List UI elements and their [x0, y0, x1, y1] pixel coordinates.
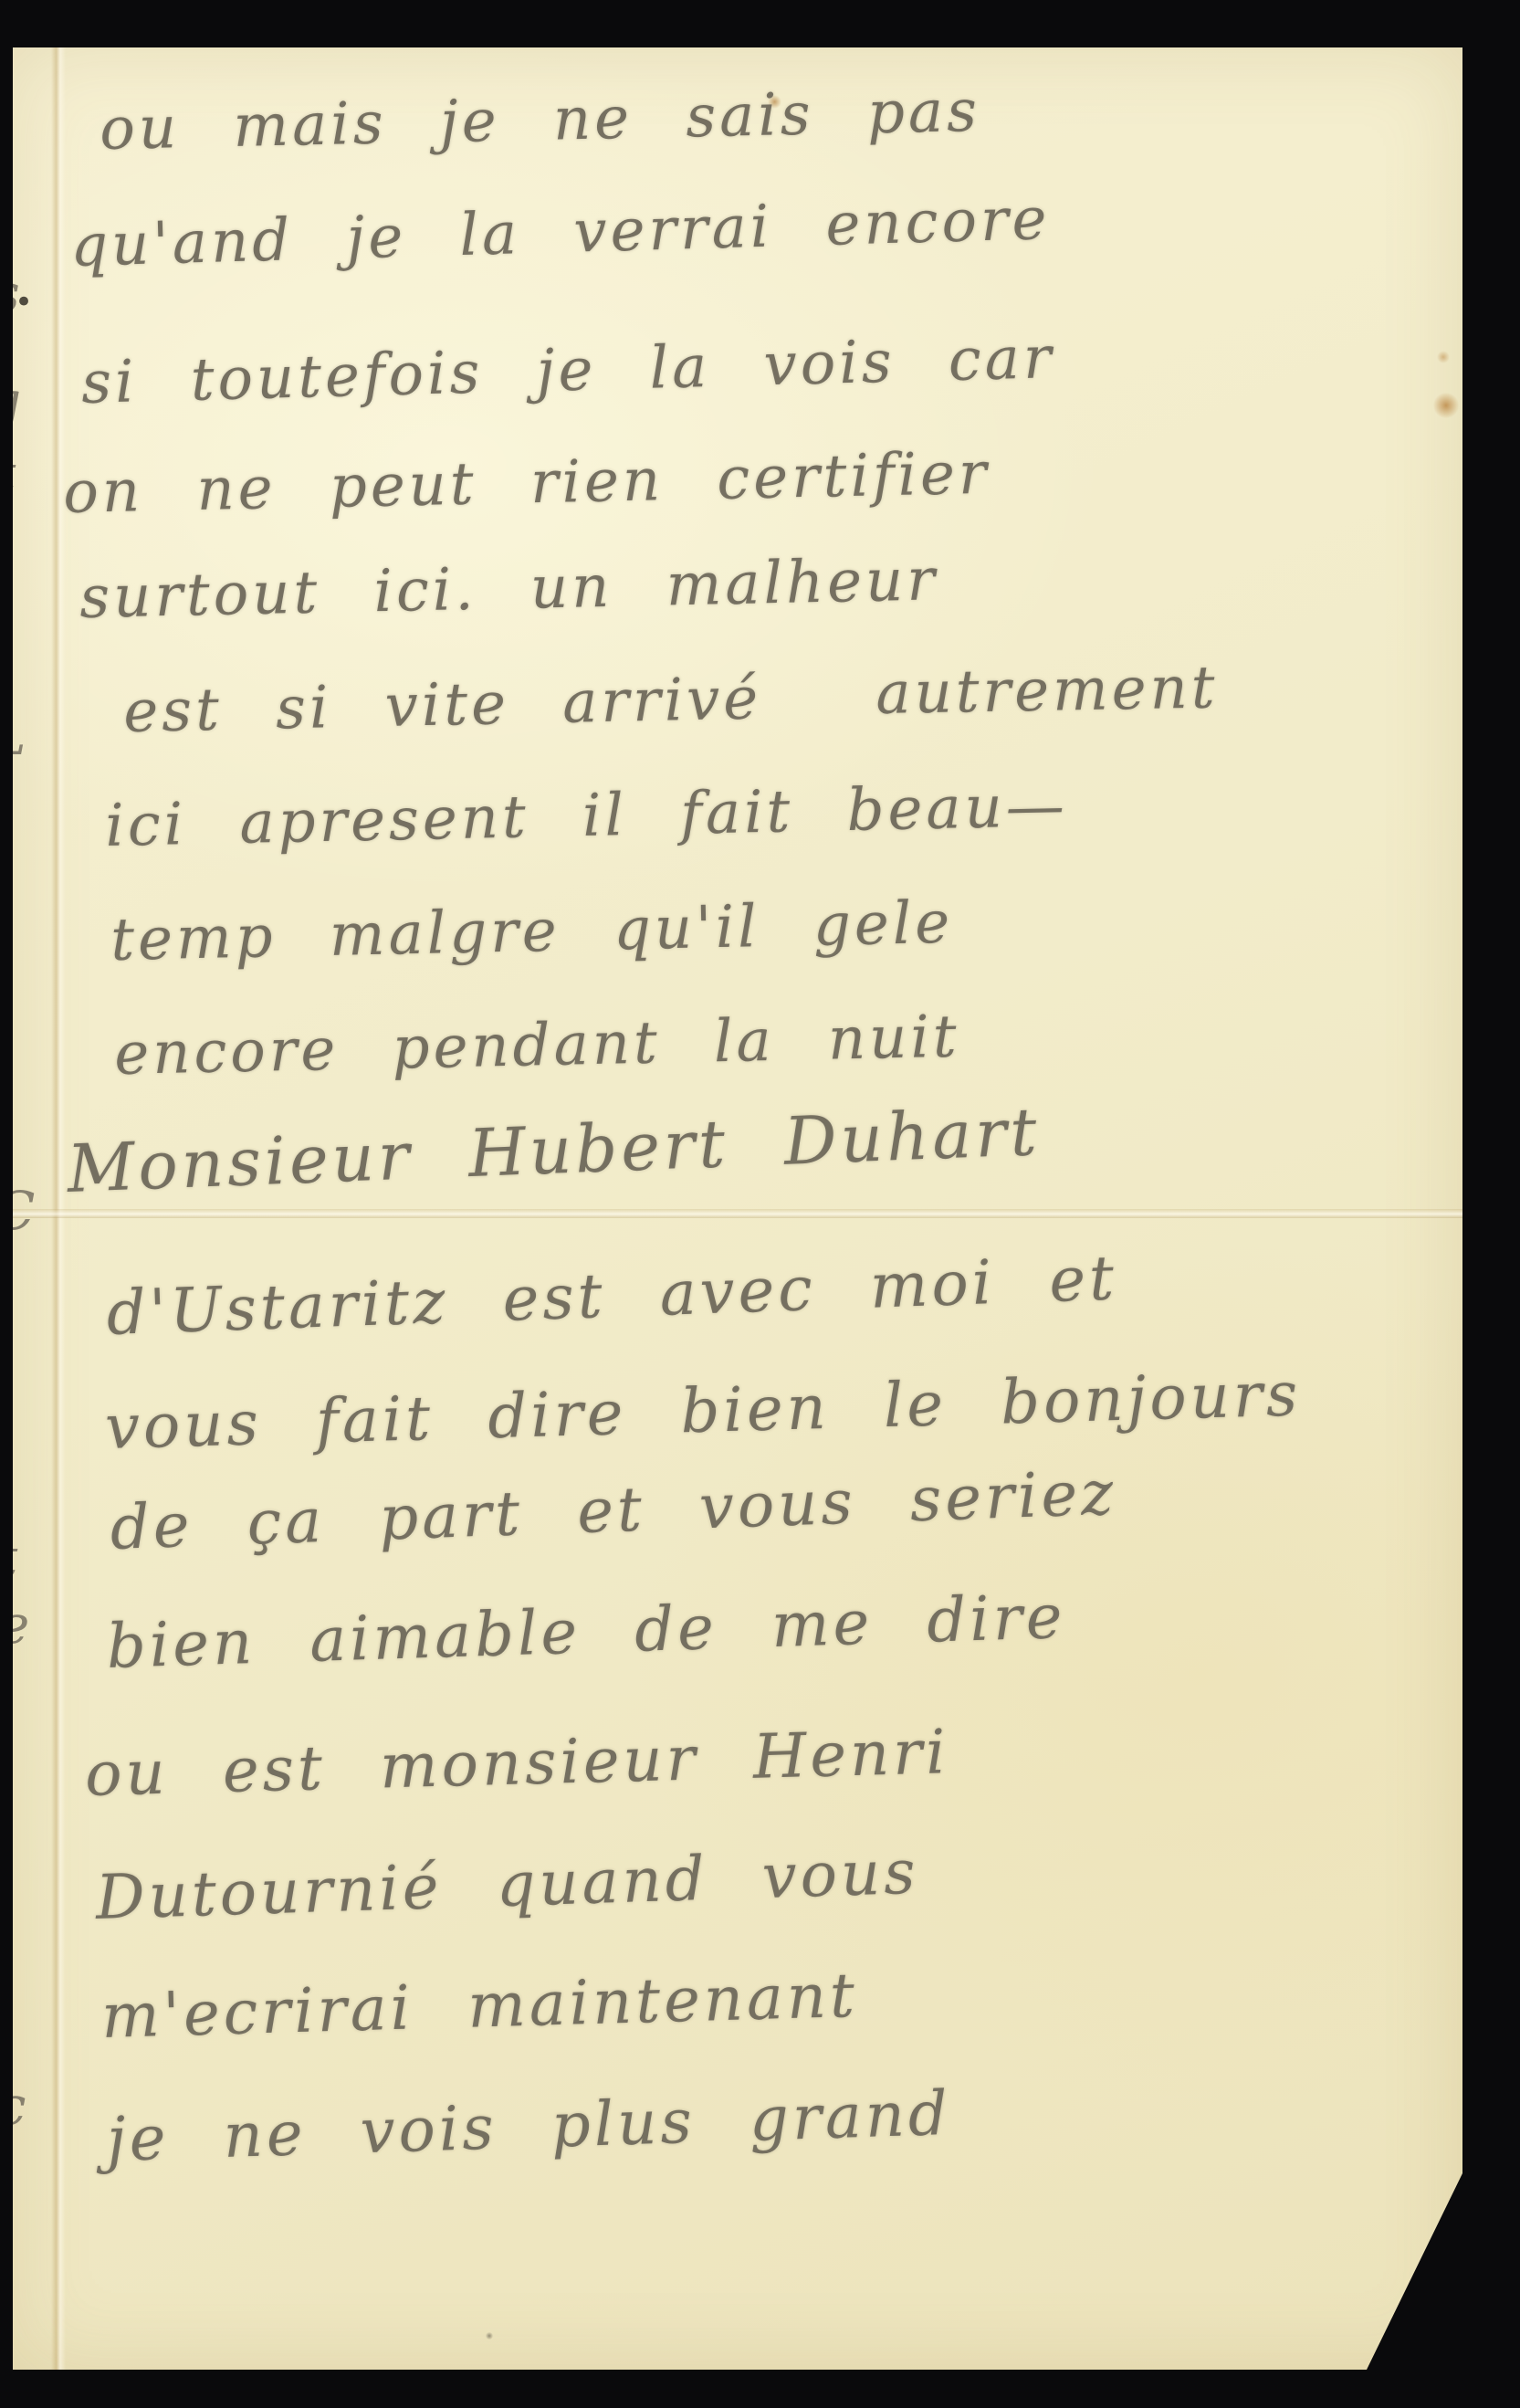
handwriting-line: qu'and je la verrai encore [69, 190, 1051, 276]
handwriting-line: autrement [875, 658, 1219, 723]
handwriting-line: Monsieur Hubert Duhart [66, 1099, 1042, 1202]
margin-stroke-fragment: t [13, 1531, 17, 1584]
margin-stroke-fragment: t [13, 447, 16, 500]
pencil-speck [486, 2332, 493, 2340]
margin-stroke-fragment: g [13, 374, 21, 427]
handwriting-line: d'Ustaritz est avec moi et [106, 1247, 1118, 1344]
margin-stroke-fragment: L [13, 710, 26, 762]
handwriting-line: temp malgre qu'il gele [110, 894, 954, 970]
handwriting-line: de ça part et vous seriez [110, 1463, 1118, 1559]
margin-stroke-fragment: C [13, 1184, 35, 1237]
handwriting-line: encore pendant la nuit [114, 1008, 960, 1084]
margin-stroke-fragment: e [13, 1598, 29, 1651]
scanned-letter-page: ou mais je ne sais pas qu'and je la verr… [0, 0, 1520, 2408]
handwriting-line: est si vite arrivé [123, 669, 762, 741]
handwriting-line: ou est monsieur Henri [84, 1721, 949, 1805]
foxing-stain [1433, 393, 1459, 418]
handwriting-line: je ne vois plus grand [106, 2083, 952, 2171]
handwriting-line: si toutefois je la vois car [80, 329, 1055, 413]
horizontal-fold-crease [13, 1209, 1462, 1218]
foxing-stain [1437, 351, 1450, 363]
handwriting-line: ou mais je ne sais pas [100, 82, 981, 159]
handwriting-line: Dutournié quand vous [95, 1842, 920, 1929]
handwriting-line: m'ecrirai maintenant [100, 1965, 859, 2047]
handwriting-line: on ne peut rien certifier [63, 445, 991, 522]
handwriting-line: surtout ici. un malheur [79, 551, 939, 627]
handwriting-line: vous fait dire bien le bonjours [104, 1363, 1302, 1458]
letter-paper: ou mais je ne sais pas qu'and je la verr… [13, 47, 1462, 2370]
handwriting-line: ici apresent il fait beau— [105, 777, 1069, 856]
handwriting-line: bien aimable de me dire [106, 1586, 1066, 1677]
margin-stroke-fragment: c [13, 2079, 26, 2132]
margin-stroke-fragment: • [15, 287, 33, 318]
